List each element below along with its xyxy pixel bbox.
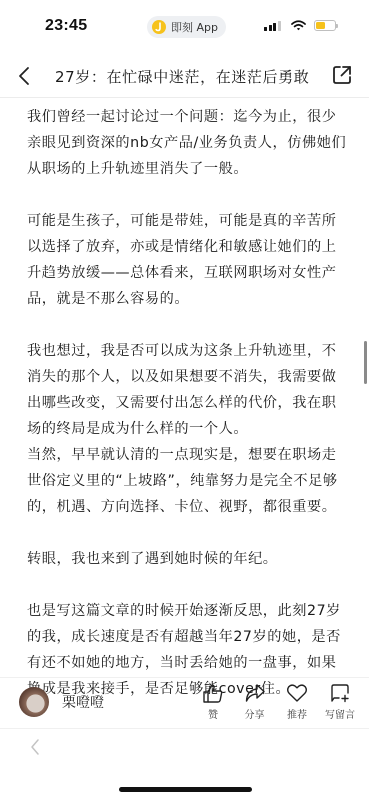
status-icons bbox=[264, 20, 336, 31]
like-button[interactable]: 赞 bbox=[198, 683, 228, 721]
article-paragraph: 我也想过，我是否可以成为这条上升轨迹里，不消失的那个人，以及如果想要不消失，我需… bbox=[27, 338, 349, 442]
open-external-icon bbox=[331, 64, 353, 86]
chevron-left-icon bbox=[18, 66, 30, 86]
action-bar: 栗噔噔 赞 分享 推荐 写留言 bbox=[0, 677, 369, 729]
comment-label: 写留言 bbox=[325, 706, 355, 721]
author[interactable]: 栗噔噔 bbox=[19, 687, 104, 717]
action-buttons: 赞 分享 推荐 写留言 bbox=[198, 683, 363, 721]
comment-add-icon bbox=[329, 683, 351, 703]
article-paragraph: 我们曾经一起讨论过一个问题：迄今为止，很少亲眼见到资深的nb女产品/业务负责人，… bbox=[27, 104, 349, 182]
status-time: 23:45 bbox=[45, 17, 87, 35]
wifi-icon bbox=[291, 20, 306, 31]
recommend-button[interactable]: 推荐 bbox=[277, 683, 317, 721]
jike-icon bbox=[152, 20, 166, 34]
article-paragraph: 可能是生孩子，可能是带娃，可能是真的辛苦所以选择了放弃，亦或是情绪化和敏感让她们… bbox=[27, 208, 349, 312]
avatar[interactable] bbox=[19, 687, 49, 717]
author-name[interactable]: 栗噔噔 bbox=[62, 692, 104, 712]
return-to-app-pill[interactable]: 即刻 App bbox=[147, 16, 226, 38]
share-button[interactable]: 分享 bbox=[232, 683, 277, 721]
page-title: 27岁：在忙碌中迷茫，在迷茫后勇敢 bbox=[55, 66, 325, 87]
article-body: 我们曾经一起讨论过一个问题：迄今为止，很少亲眼见到资深的nb女产品/业务负责人，… bbox=[27, 104, 349, 702]
back-button[interactable] bbox=[14, 64, 34, 88]
article-paragraph: 转眼，我也来到了遇到她时候的年纪。 bbox=[27, 546, 349, 572]
thumbs-up-icon bbox=[202, 683, 224, 703]
share-label: 分享 bbox=[245, 706, 265, 721]
recommend-label: 推荐 bbox=[287, 706, 307, 721]
chevron-left-icon bbox=[30, 738, 40, 756]
open-external-button[interactable] bbox=[331, 64, 355, 88]
status-bar: 23:45 即刻 App bbox=[0, 0, 369, 50]
share-arrow-icon bbox=[244, 683, 266, 703]
heart-icon bbox=[286, 683, 308, 703]
comment-button[interactable]: 写留言 bbox=[317, 683, 363, 721]
browser-back-button[interactable] bbox=[30, 738, 42, 758]
app-pill-label: 即刻 App bbox=[171, 19, 218, 35]
scrollbar[interactable] bbox=[364, 341, 367, 384]
like-label: 赞 bbox=[208, 706, 218, 721]
article-paragraph: 当然，早早就认清的一点现实是，想要在职场走世俗定义里的“上坡路”，纯靠努力是完全… bbox=[27, 442, 349, 520]
battery-icon bbox=[314, 20, 336, 31]
nav-bar: 27岁：在忙碌中迷茫，在迷茫后勇敢 bbox=[0, 54, 369, 98]
signal-icon bbox=[264, 21, 281, 31]
home-indicator[interactable] bbox=[119, 787, 252, 792]
